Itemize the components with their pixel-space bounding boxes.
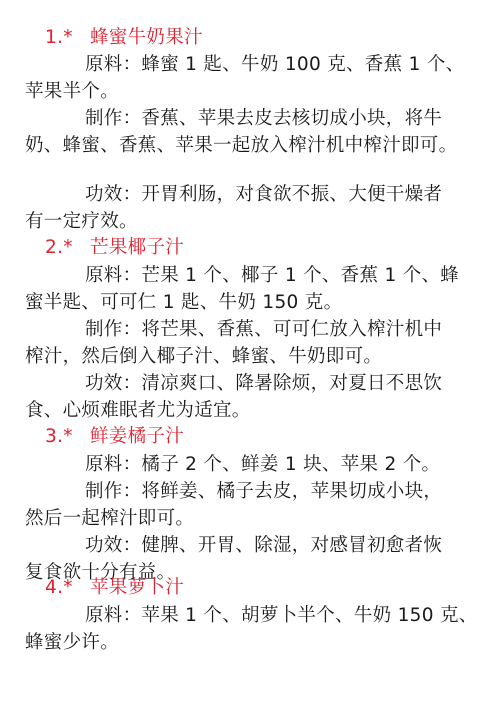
ingredients-text: 原料：橘子 2 个、鲜姜 1 块、苹果 2 个。 bbox=[85, 453, 440, 477]
method-text-cont: 奶、蜂蜜、香蕉、苹果一起放入榨汁机中榨汁即可。 bbox=[25, 134, 457, 158]
effect-text-cont: 有一定疗效。 bbox=[25, 210, 138, 234]
section-title: 蜂蜜牛奶果汁 bbox=[90, 26, 203, 50]
ingredients-text: 原料：蜂蜜 1 匙、牛奶 100 克、香蕉 1 个、 bbox=[85, 53, 464, 77]
method-text-cont: 榨汁，然后倒入椰子汁、蜂蜜、牛奶即可。 bbox=[25, 345, 382, 369]
section-number: 4.* bbox=[45, 576, 73, 600]
ingredients-text: 原料：芒果 1 个、椰子 1 个、香蕉 1 个、蜂 bbox=[85, 264, 459, 288]
effect-text: 功效：健脾、开胃、除湿，对感冒初愈者恢 bbox=[85, 534, 442, 558]
method-text: 制作：将鲜姜、橘子去皮，苹果切成小块， bbox=[85, 480, 442, 504]
section-number: 2.* bbox=[45, 236, 73, 260]
section-number: 3.* bbox=[45, 425, 73, 449]
section-number: 1.* bbox=[45, 26, 73, 50]
method-text: 制作：香蕉、苹果去皮去核切成小块，将牛 bbox=[85, 107, 442, 131]
ingredients-text-cont: 蜜半匙、可可仁 1 匙、牛奶 150 克。 bbox=[25, 291, 342, 315]
ingredients-text-cont: 苹果半个。 bbox=[25, 80, 119, 104]
section-title: 芒果椰子汁 bbox=[90, 236, 184, 260]
method-text: 制作：将芒果、香蕉、可可仁放入榨汁机中 bbox=[85, 318, 442, 342]
effect-text: 功效：开胃利肠，对食欲不振、大便干燥者 bbox=[85, 183, 442, 207]
method-text-cont: 然后一起榨汁即可。 bbox=[25, 507, 194, 531]
effect-text: 功效：清凉爽口、降暑除烦，对夏日不思饮 bbox=[85, 372, 442, 396]
ingredients-text: 原料：苹果 1 个、胡萝卜半个、牛奶 150 克、 bbox=[85, 604, 478, 628]
ingredients-text-cont: 蜂蜜少许。 bbox=[25, 631, 119, 655]
section-title: 鲜姜橘子汁 bbox=[90, 425, 184, 449]
effect-text-cont: 食、心烦难眠者尤为适宜。 bbox=[25, 399, 251, 423]
section-title: 苹果萝卜汁 bbox=[90, 576, 184, 600]
